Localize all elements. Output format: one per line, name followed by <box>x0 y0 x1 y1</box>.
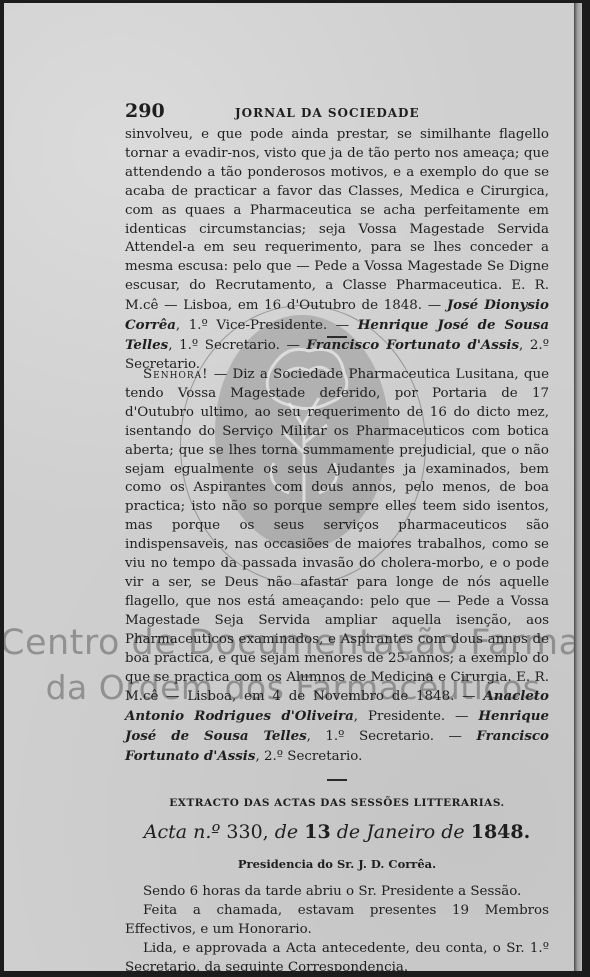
minutes-text: Feita a chamada, estavam presentes 19 Me… <box>125 903 549 937</box>
paragraph-text: sinvolveu, e que pode ainda prestar, se … <box>125 127 549 313</box>
page-header: 290 JORNAL DA SOCIEDADE <box>125 100 549 126</box>
minutes-paragraph: Lida, e approvada a Acta antecedente, de… <box>125 940 549 977</box>
minutes-text: Sendo 6 horas da tarde abriu o Sr. Presi… <box>143 884 521 899</box>
acta-heading: Acta n.º 330, de 13 de Janeiro de 1848. <box>125 821 549 843</box>
minutes-paragraph: Sendo 6 horas da tarde abriu o Sr. Presi… <box>125 883 549 902</box>
minutes-text: Lida, e approvada a Acta antecedente, de… <box>125 941 549 975</box>
text-column: 290 JORNAL DA SOCIEDADE sinvolveu, e que… <box>125 100 549 977</box>
signatory-name: Francisco Fortunato d'Assis <box>307 337 519 353</box>
paragraph-text: , 1.º Secretario. — <box>307 729 477 744</box>
page-number: 290 <box>125 100 235 122</box>
presidency-line: Presidencia do Sr. J. D. Corrêa. <box>125 857 549 871</box>
acta-month: Janeiro <box>366 821 435 843</box>
paragraph-text: , 1.º Vice-Presidente. — <box>176 318 358 333</box>
paragraph-text: , 1.º Secretario. — <box>168 338 306 353</box>
section-divider <box>327 779 347 781</box>
acta-prefix: Acta n.º <box>144 821 221 843</box>
paragraph-text: — Diz a Sociedade Pharmaceutica Lusitana… <box>125 367 549 704</box>
acta-day: 13 <box>304 821 330 843</box>
paragraph-text: , 2.º Secretario. <box>255 749 362 764</box>
running-head: JORNAL DA SOCIEDADE <box>235 106 420 120</box>
petition-paragraph-2: Senhora! — Diz a Sociedade Pharmaceutica… <box>125 366 549 767</box>
section-title: EXTRACTO DAS ACTAS DAS SESSÕES LITTERARI… <box>125 797 549 809</box>
acta-word: de <box>337 821 360 843</box>
book-spine-shadow <box>574 3 582 971</box>
paragraph-text: , Presidente. — <box>354 709 479 724</box>
acta-word: de <box>275 821 298 843</box>
acta-year: 1848. <box>471 821 531 843</box>
petition-paragraph-1: sinvolveu, e que pode ainda prestar, se … <box>125 126 549 316</box>
salutation: Senhora! <box>143 367 209 382</box>
acta-word: de <box>441 821 464 843</box>
minutes-paragraph: Feita a chamada, estavam presentes 19 Me… <box>125 902 549 940</box>
acta-number: 330 <box>226 821 262 843</box>
